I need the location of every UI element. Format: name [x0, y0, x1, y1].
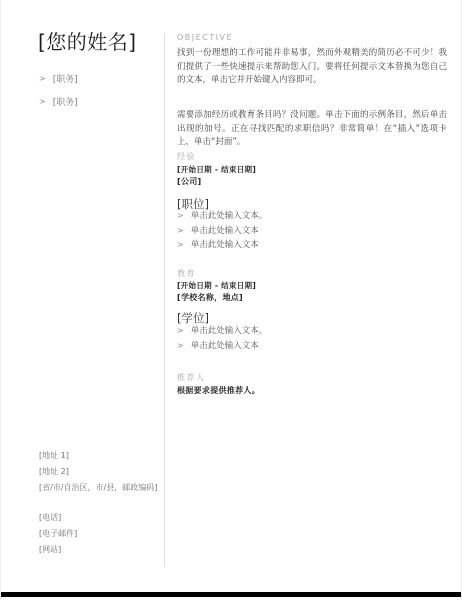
chevron-bullet-icon: > [177, 226, 184, 235]
resume-template-page: [您的姓名] > [职务] > [职务] [地址 1] [地址 2] [省/市/… [0, 0, 462, 600]
education-dates-placeholder[interactable]: [开始日期 - 结束日期] [177, 280, 447, 291]
website-placeholder[interactable]: [网站] [39, 545, 164, 555]
chevron-bullet-icon: > [177, 341, 184, 350]
chevron-bullet-icon: > [177, 326, 184, 335]
address-line-1[interactable]: [地址 1] [39, 451, 164, 461]
experience-bullet[interactable]: > 单击此处输入文本 [177, 224, 437, 236]
job-title-label: [职务] [53, 72, 78, 85]
education-bullet-text: 单击此处输入文本。 [191, 324, 268, 336]
column-divider [164, 33, 165, 567]
job-title-label: [职务] [53, 95, 78, 108]
address-line-3[interactable]: [省/市/自治区，市/县，邮政编码] [39, 483, 164, 493]
education-school-placeholder[interactable]: [学校名称，地点] [177, 292, 447, 303]
job-title-item[interactable]: > [职务] [39, 72, 159, 84]
education-bullet[interactable]: > 单击此处输入文本 [177, 339, 437, 351]
job-title-item[interactable]: > [职务] [39, 95, 159, 107]
name-placeholder[interactable]: [您的姓名] [38, 29, 168, 55]
experience-bullet-text: 单击此处输入文本 [191, 224, 259, 236]
chevron-bullet-icon: > [177, 240, 184, 249]
objective-paragraph-2: 需要添加经历或教育条目吗？没问题。单击下面的示例条目，然后单击出现的加号。正在寻… [177, 109, 447, 150]
experience-company-placeholder[interactable]: [公司] [177, 176, 447, 187]
address-line-2[interactable]: [地址 2] [39, 467, 164, 477]
education-bullet-text: 单击此处输入文本 [191, 339, 259, 351]
bottom-accent-bar [1, 592, 462, 597]
chevron-bullet-icon: > [39, 74, 46, 83]
experience-bullet[interactable]: > 单击此处输入文本 [177, 238, 437, 250]
experience-dates-placeholder[interactable]: [开始日期 - 结束日期] [177, 164, 447, 175]
objective-heading: OBJECTIVE [177, 33, 447, 42]
education-bullet[interactable]: > 单击此处输入文本。 [177, 324, 437, 336]
experience-bullet-text: 单击此处输入文本。 [191, 209, 268, 221]
references-heading: 推荐人 [177, 372, 447, 383]
objective-paragraph-1: 找到一份理想的工作可能并非易事，然而外观精美的简历必不可少！我们提供了一些快速提… [177, 47, 447, 88]
education-heading: 教育 [177, 268, 447, 279]
chevron-bullet-icon: > [39, 97, 46, 106]
experience-bullet[interactable]: > 单击此处输入文本。 [177, 209, 437, 221]
chevron-bullet-icon: > [177, 211, 184, 220]
experience-bullet-text: 单击此处输入文本 [191, 238, 259, 250]
phone-placeholder[interactable]: [电话] [39, 513, 164, 523]
experience-heading: 经验 [177, 151, 447, 162]
email-placeholder[interactable]: [电子邮件] [39, 529, 164, 539]
references-text: 根据要求提供推荐人。 [177, 385, 447, 396]
